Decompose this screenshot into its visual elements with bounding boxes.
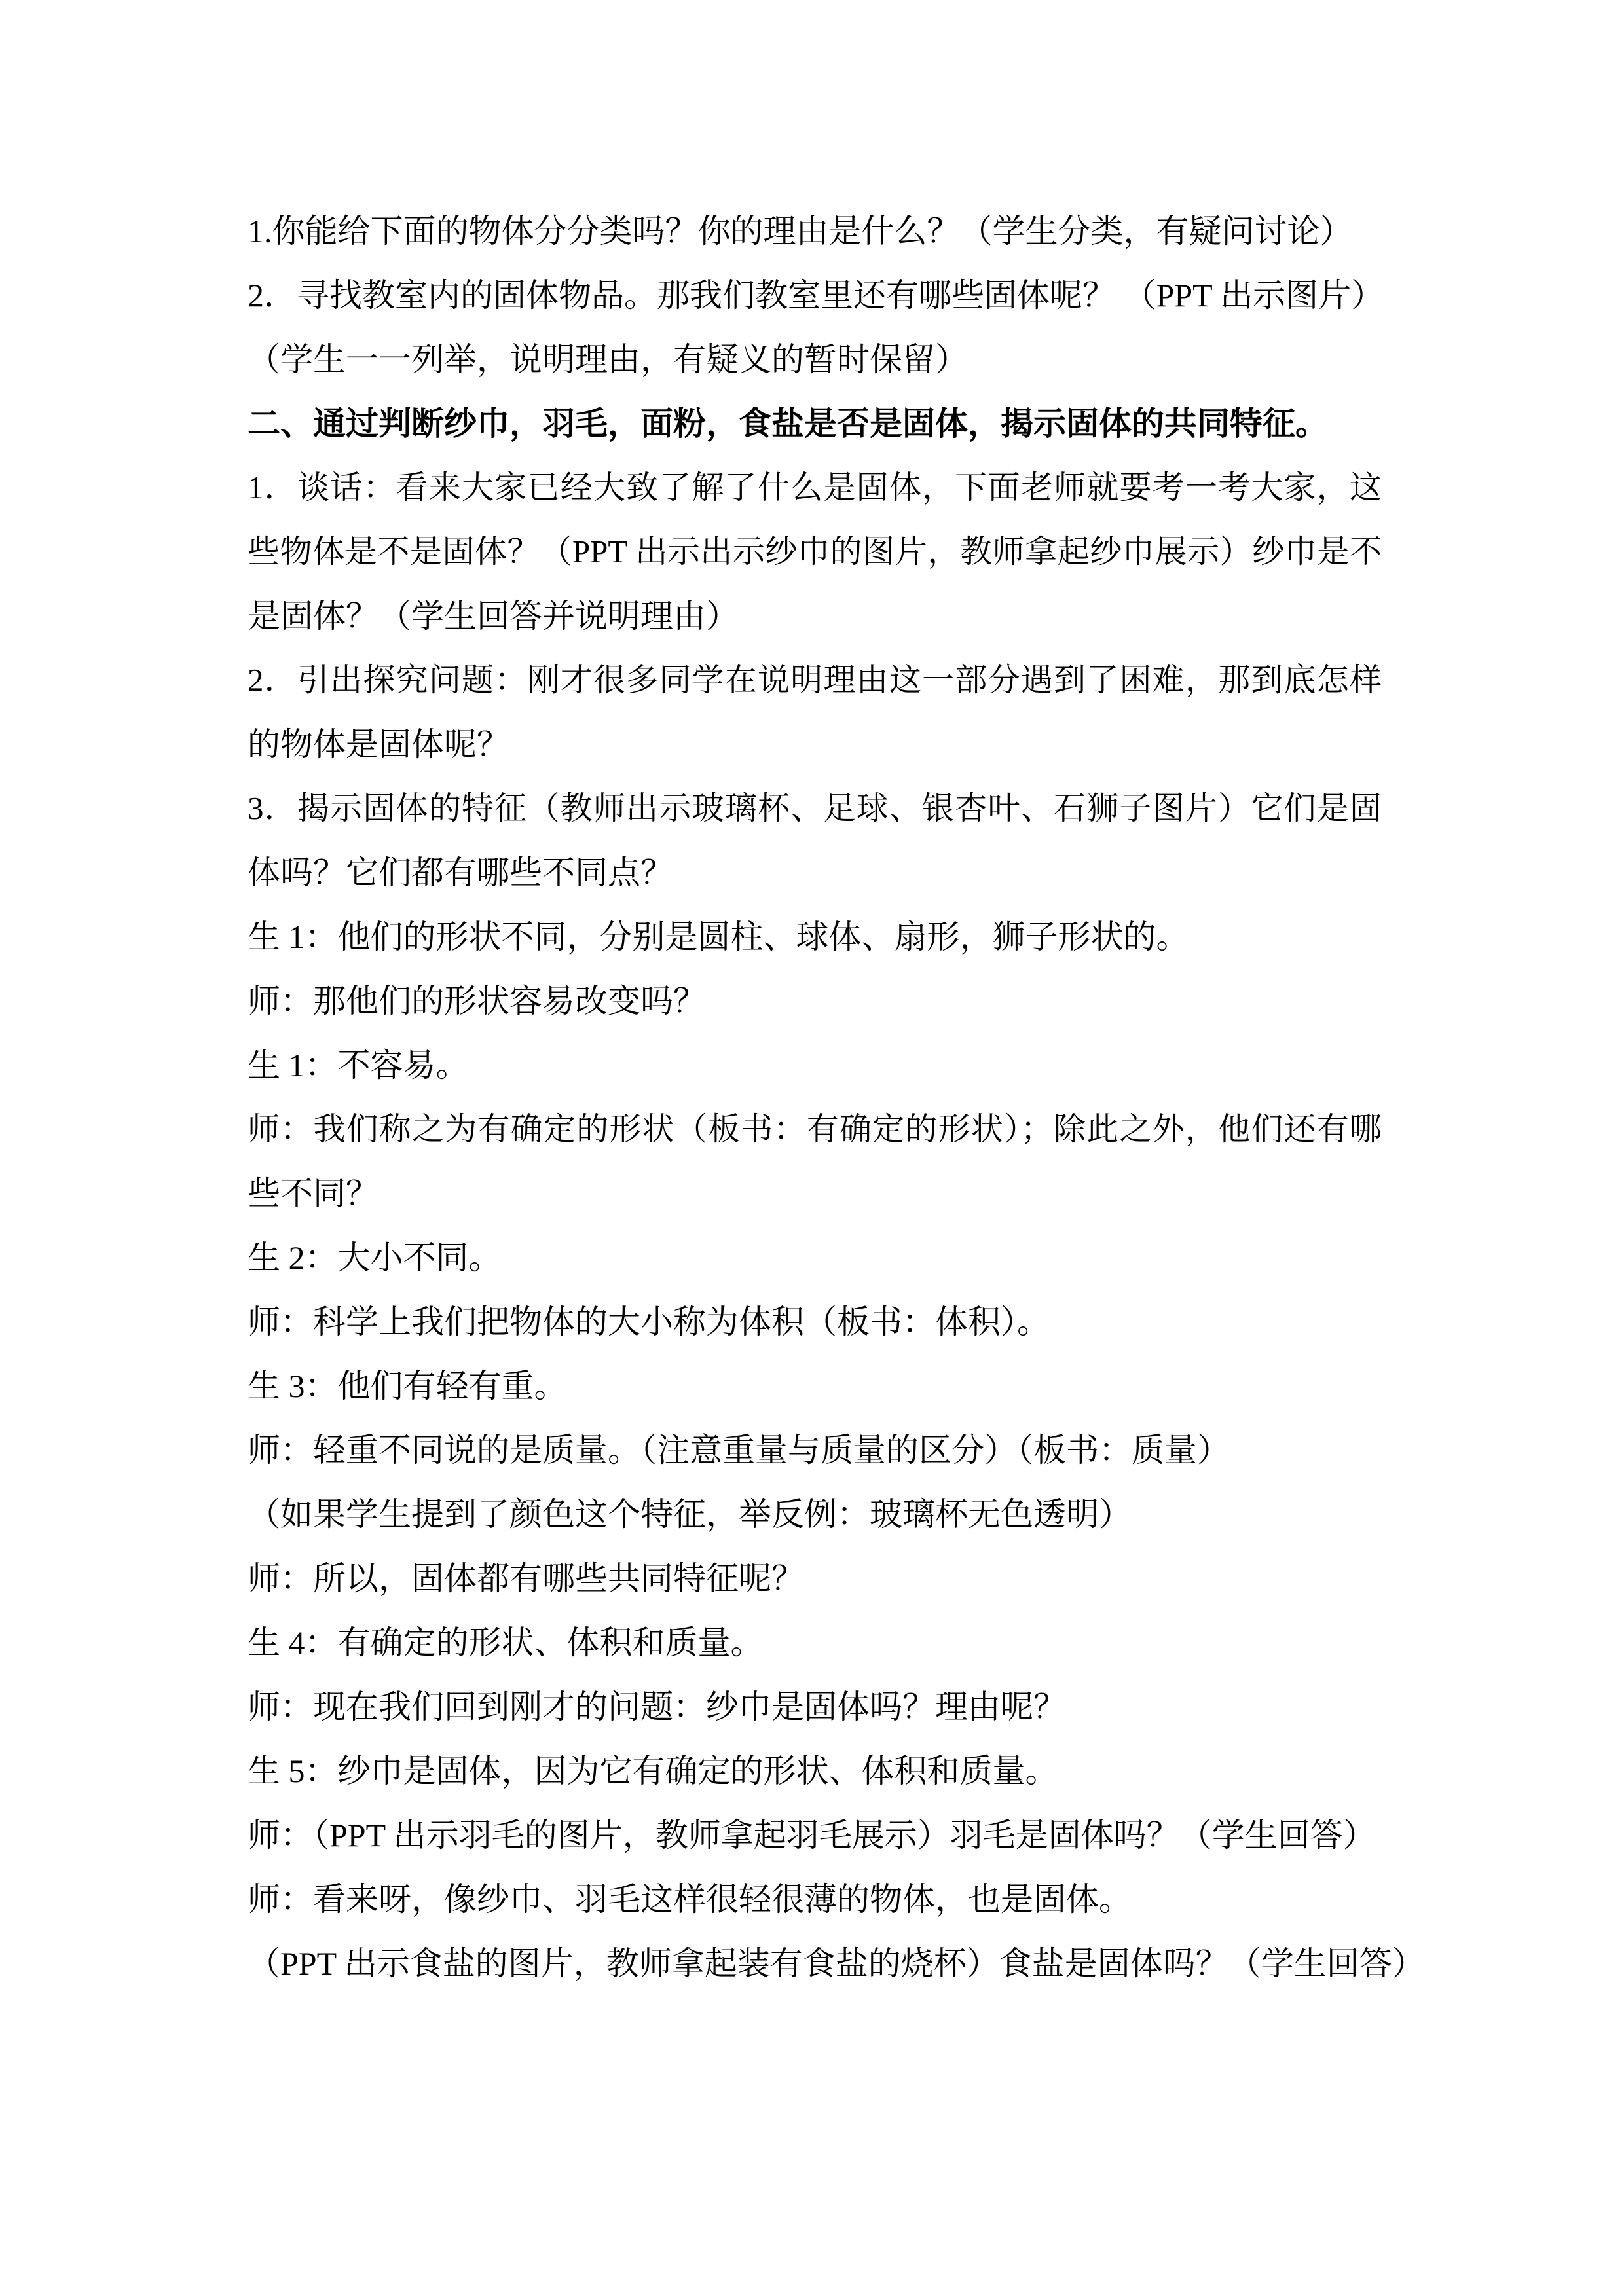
text-line: 师：所以，固体都有哪些共同特征呢？ <box>248 1546 1382 1611</box>
text-line: 师：我们称之为有确定的形状（板书：有确定的形状）；除此之外，他们还有哪 <box>248 1097 1382 1161</box>
text-line: 师：（PPT 出示羽毛的图片，教师拿起羽毛展示）羽毛是固体吗？（学生回答） <box>248 1803 1382 1867</box>
text-line: （PPT 出示食盐的图片，教师拿起装有食盐的烧杯）食盐是固体吗？（学生回答） <box>248 1931 1382 1995</box>
text-line: 2．引出探究问题：刚才很多同学在说明理由这一部分遇到了困难，那到底怎样 <box>248 648 1382 712</box>
text-line: 生 3：他们有轻有重。 <box>248 1354 1382 1418</box>
text-line: 师：看来呀，像纱巾、羽毛这样很轻很薄的物体，也是固体。 <box>248 1867 1382 1931</box>
text-line: 体吗？它们都有哪些不同点？ <box>248 841 1382 905</box>
text-line: 1.你能给下面的物体分分类吗？你的理由是什么？（学生分类，有疑问讨论） <box>248 199 1382 263</box>
text-line: （学生一一列举，说明理由，有疑义的暂时保留） <box>248 327 1382 392</box>
section-heading: 二、通过判断纱巾，羽毛，面粉，食盐是否是固体，揭示固体的共同特征。 <box>248 392 1382 456</box>
text-line: 师：那他们的形状容易改变吗？ <box>248 969 1382 1033</box>
text-line: 生 1：不容易。 <box>248 1033 1382 1097</box>
page: 1.你能给下面的物体分分类吗？你的理由是什么？（学生分类，有疑问讨论） 2．寻找… <box>0 0 1624 2296</box>
text-line: 的物体是固体呢？ <box>248 712 1382 776</box>
text-line: 师：科学上我们把物体的大小称为体积（板书：体积）。 <box>248 1290 1382 1354</box>
text-line: 师：轻重不同说的是质量。（注意重量与质量的区分）（板书：质量） <box>248 1418 1382 1482</box>
text-line: 些不同？ <box>248 1161 1382 1226</box>
text-line: 3．揭示固体的特征（教师出示玻璃杯、足球、银杏叶、石狮子图片）它们是固 <box>248 776 1382 841</box>
text-line: 生 5：纱巾是固体，因为它有确定的形状、体积和质量。 <box>248 1739 1382 1803</box>
text-line: 师：现在我们回到刚才的问题：纱巾是固体吗？理由呢？ <box>248 1675 1382 1739</box>
text-line: 生 1：他们的形状不同，分别是圆柱、球体、扇形，狮子形状的。 <box>248 905 1382 969</box>
text-line: 是固体？（学生回答并说明理由） <box>248 584 1382 648</box>
text-line: 1．谈话：看来大家已经大致了解了什么是固体，下面老师就要考一考大家，这 <box>248 456 1382 520</box>
text-line: 2．寻找教室内的固体物品。那我们教室里还有哪些固体呢？ （PPT 出示图片） <box>248 263 1382 327</box>
text-line: 生 2：大小不同。 <box>248 1226 1382 1290</box>
text-line: （如果学生提到了颜色这个特征，举反例：玻璃杯无色透明） <box>248 1482 1382 1546</box>
text-line: 些物体是不是固体？（PPT 出示出示纱巾的图片，教师拿起纱巾展示）纱巾是不 <box>248 520 1382 584</box>
lesson-plan-text: 1.你能给下面的物体分分类吗？你的理由是什么？（学生分类，有疑问讨论） 2．寻找… <box>248 199 1382 1995</box>
text-line: 生 4：有确定的形状、体积和质量。 <box>248 1611 1382 1675</box>
